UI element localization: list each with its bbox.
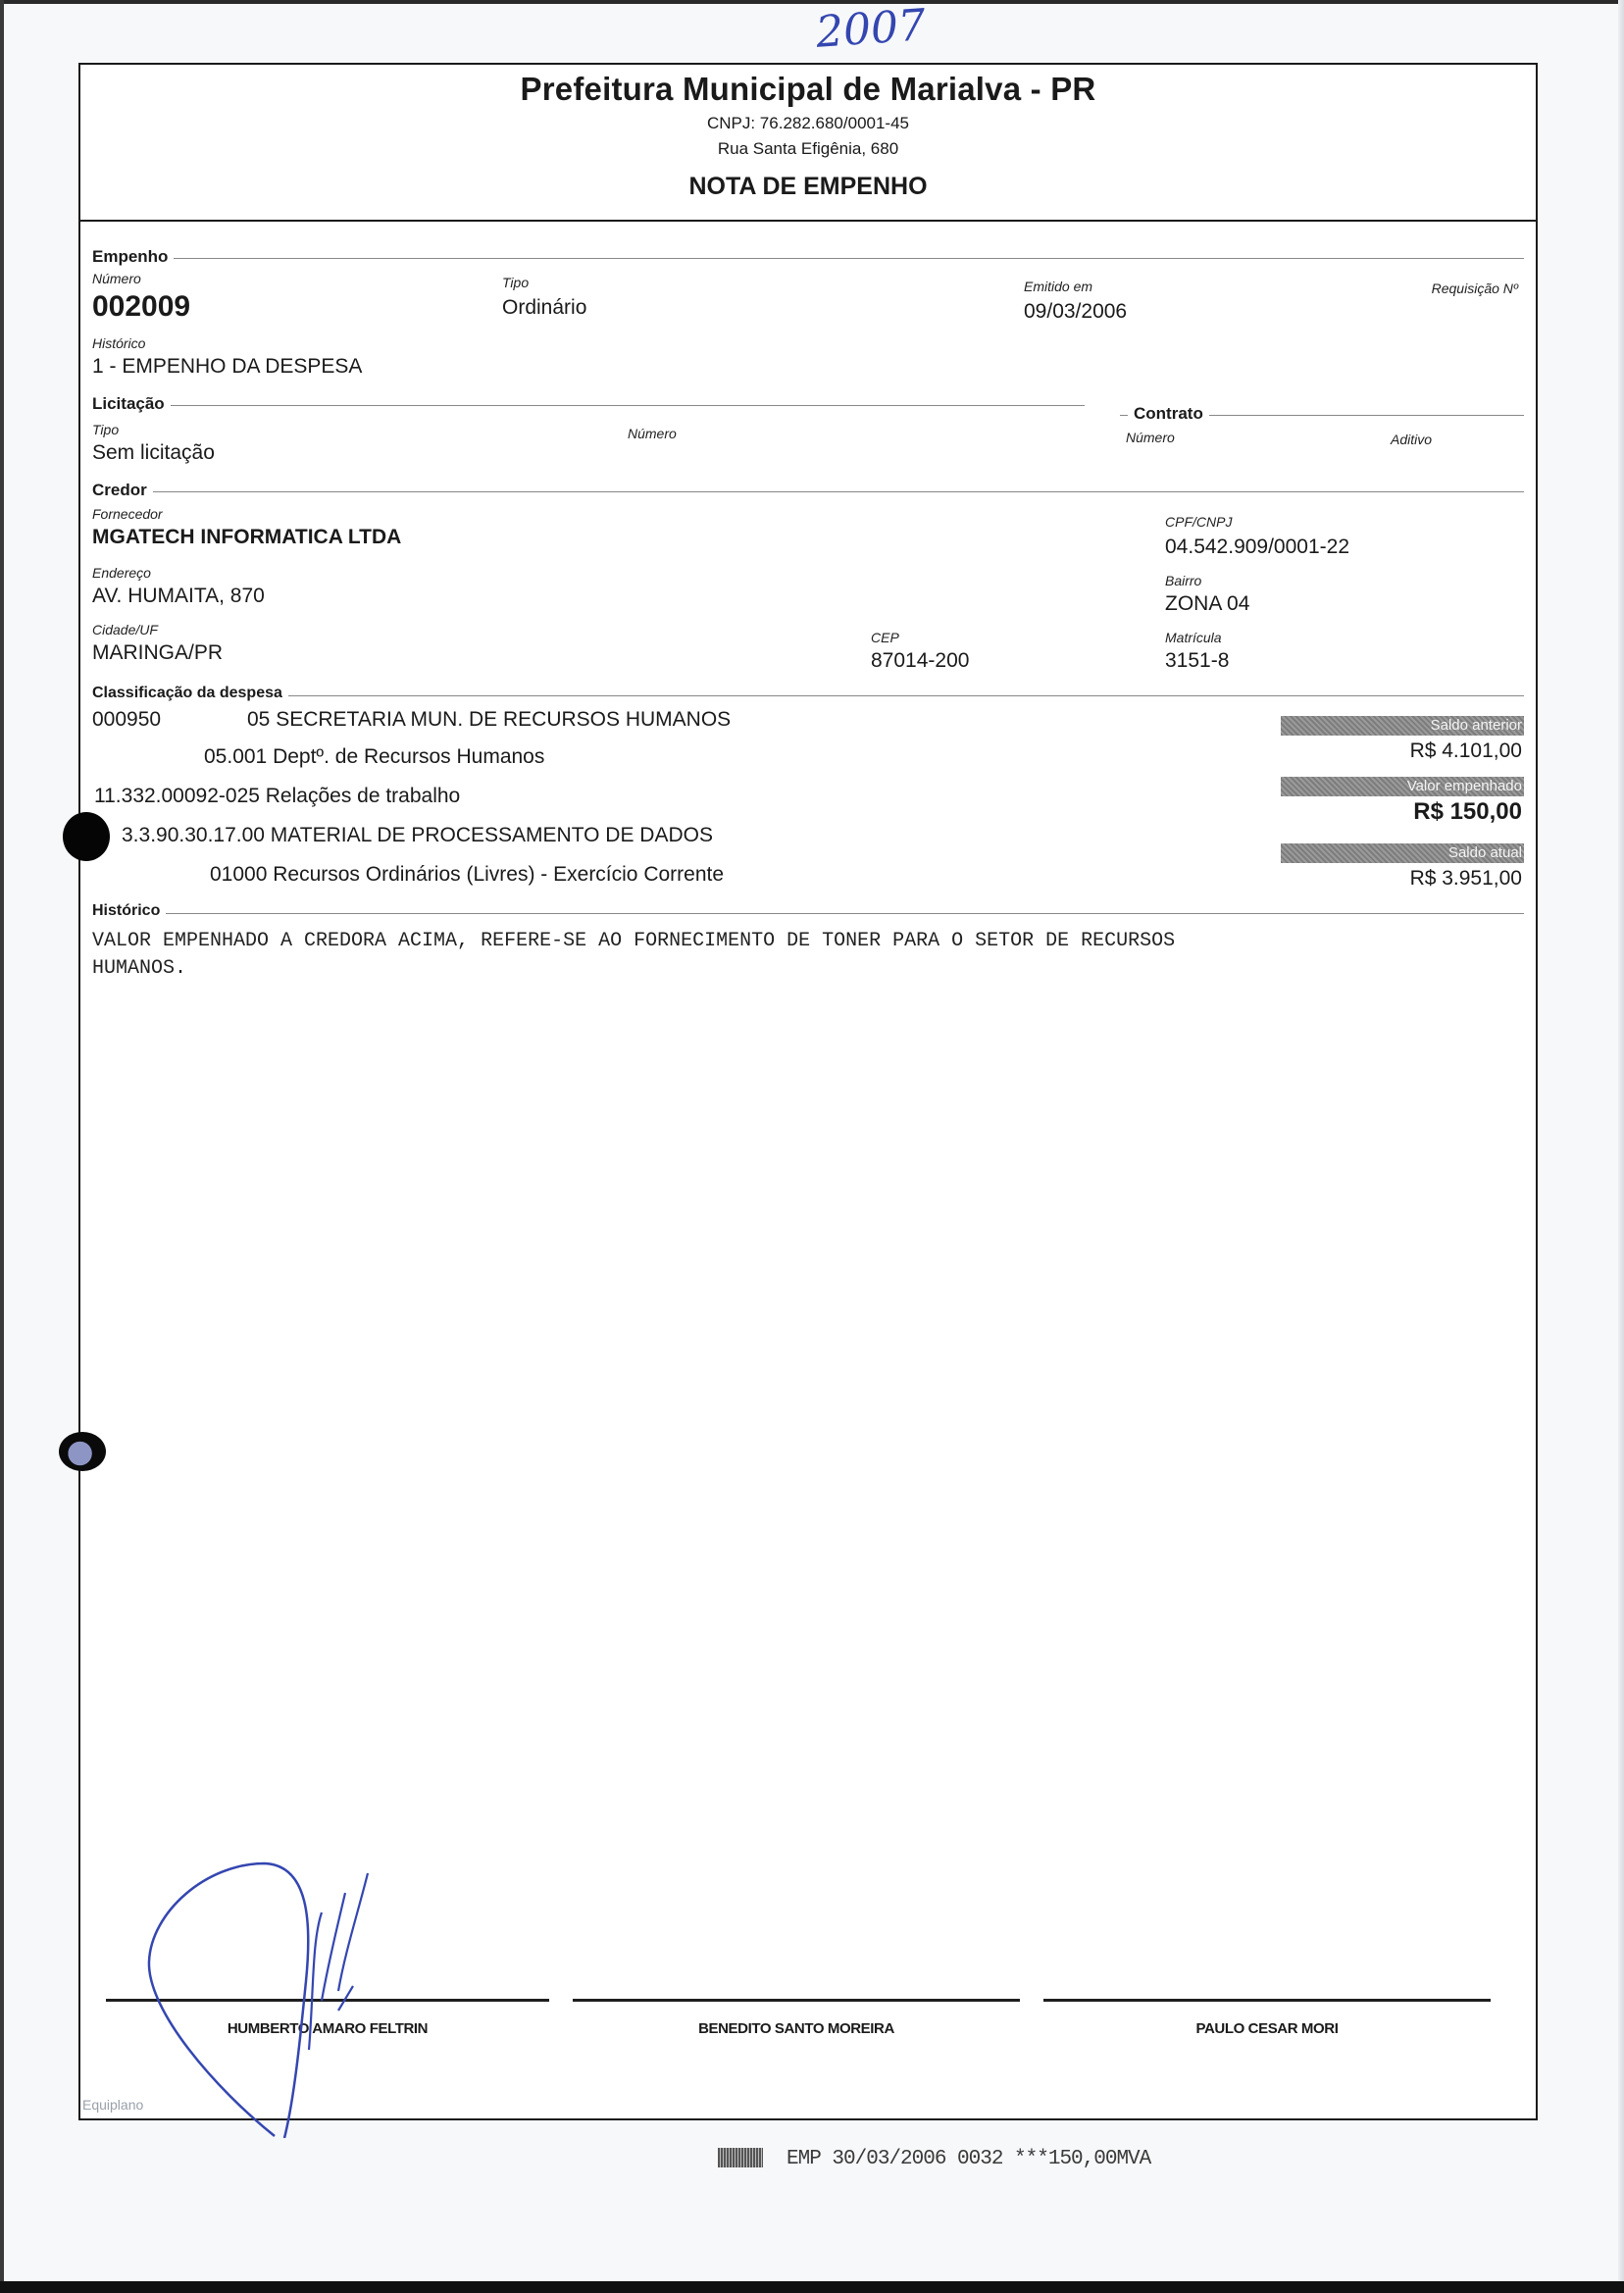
hole-punch-upper	[63, 812, 110, 861]
valor-empenhado-value: R$ 150,00	[1413, 798, 1522, 826]
label-fornecedor: Fornecedor	[92, 506, 163, 522]
section-label-historico: Histórico	[92, 902, 166, 920]
municipality-title: Prefeitura Municipal de Marialva - PR	[80, 71, 1536, 108]
header-divider	[80, 220, 1536, 222]
label-contrato-numero: Número	[1126, 430, 1175, 445]
classificacao-code: 000950	[92, 708, 161, 732]
label-empenho-historico: Histórico	[92, 335, 145, 351]
label-licitacao-numero: Número	[628, 426, 677, 441]
classificacao-line-unidade: 05.001 Deptº. de Recursos Humanos	[204, 745, 544, 769]
section-rule	[92, 405, 1085, 406]
saldo-atual-value: R$ 3.951,00	[1410, 867, 1522, 891]
label-contrato-aditivo: Aditivo	[1391, 432, 1432, 447]
section-classificacao: Classificação da despesa	[92, 685, 1524, 706]
label-empenho-tipo: Tipo	[502, 275, 529, 290]
handwritten-year-note: 2007	[814, 0, 927, 58]
bank-authentication-stamp: EMP 30/03/2006 0032 ***150,00MVA	[718, 2148, 1150, 2170]
section-label-licitacao: Licitação	[92, 394, 171, 414]
scan-edge-left	[0, 0, 4, 2293]
section-rule	[92, 258, 1524, 259]
classificacao-line-elemento: 3.3.90.30.17.00 MATERIAL DE PROCESSAMENT…	[122, 824, 713, 847]
section-rule	[92, 913, 1524, 914]
fornecedor-bairro: ZONA 04	[1165, 592, 1249, 616]
label-requisicao: Requisição Nº	[1432, 280, 1518, 296]
label-licitacao-tipo: Tipo	[92, 422, 119, 437]
footer-brand-equiplano: Equiplano	[82, 2097, 143, 2113]
fornecedor-cpf-cnpj: 04.542.909/0001-22	[1165, 535, 1349, 559]
nota-de-empenho-form: Prefeitura Municipal de Marialva - PR CN…	[78, 63, 1538, 2120]
empenho-tipo: Ordinário	[502, 296, 586, 320]
label-cep: CEP	[871, 630, 899, 645]
municipality-cnpj: CNPJ: 76.282.680/0001-45	[80, 114, 1536, 133]
emitido-em-date: 09/03/2006	[1024, 300, 1127, 324]
hole-punch-lower	[59, 1432, 106, 1471]
signature-line-3	[1043, 1999, 1491, 2002]
label-empenho-numero: Número	[92, 271, 141, 286]
section-label-contrato: Contrato	[1128, 404, 1209, 424]
valor-empenhado-label: Valor empenhado	[1281, 777, 1524, 796]
section-rule	[92, 491, 1524, 492]
label-matricula: Matrícula	[1165, 630, 1222, 645]
fornecedor-cidade: MARINGA/PR	[92, 641, 223, 665]
saldo-anterior-value: R$ 4.101,00	[1410, 739, 1522, 763]
section-label-classificacao: Classificação da despesa	[92, 685, 288, 702]
licitacao-tipo: Sem licitação	[92, 441, 215, 465]
scan-edge-bottom	[0, 2281, 1624, 2293]
label-cpf-cnpj: CPF/CNPJ	[1165, 514, 1232, 530]
signatory-1-name: HUMBERTO AMARO FELTRIN	[106, 2020, 549, 2037]
fornecedor-matricula: 3151-8	[1165, 649, 1229, 673]
fornecedor-endereco: AV. HUMAITA, 870	[92, 585, 265, 608]
section-credor: Credor	[92, 481, 1524, 502]
classificacao-line-recurso: 01000 Recursos Ordinários (Livres) - Exe…	[210, 863, 724, 887]
empenho-numero: 002009	[92, 290, 190, 324]
signature-line-2	[573, 1999, 1020, 2002]
signature-line-1	[106, 1999, 549, 2002]
saldo-anterior-label: Saldo anterior	[1281, 716, 1524, 736]
section-label-credor: Credor	[92, 481, 153, 500]
classificacao-line-funcional: 11.332.00092-025 Relações de trabalho	[94, 785, 460, 808]
municipality-address: Rua Santa Efigênia, 680	[80, 139, 1536, 159]
scan-edge-top	[0, 0, 1624, 4]
label-cidade-uf: Cidade/UF	[92, 622, 158, 637]
signatory-2-name: BENEDITO SANTO MOREIRA	[573, 2020, 1020, 2037]
section-rule	[92, 695, 1524, 696]
empenho-historico: 1 - EMPENHO DA DESPESA	[92, 355, 362, 379]
section-empenho: Empenho	[92, 247, 1524, 269]
signatory-3-name: PAULO CESAR MORI	[1043, 2020, 1491, 2037]
label-endereco: Endereço	[92, 565, 151, 581]
section-historico: Histórico	[92, 902, 1524, 924]
section-label-empenho: Empenho	[92, 247, 174, 267]
classificacao-line-orgao: 05 SECRETARIA MUN. DE RECURSOS HUMANOS	[247, 708, 731, 732]
stamp-text: EMP 30/03/2006 0032 ***150,00MVA	[787, 2148, 1150, 2170]
document-type-title: NOTA DE EMPENHO	[80, 173, 1536, 201]
label-emitido-em: Emitido em	[1024, 279, 1092, 294]
stamp-logo-icon	[718, 2148, 763, 2167]
fornecedor-cep: 87014-200	[871, 649, 969, 673]
fornecedor-name: MGATECH INFORMATICA LTDA	[92, 526, 401, 549]
scan-edge-right	[1618, 0, 1624, 2293]
section-contrato: Contrato	[1120, 404, 1524, 426]
saldo-atual-label: Saldo atual	[1281, 843, 1524, 863]
section-licitacao: Licitação	[92, 394, 1085, 416]
historico-text: VALOR EMPENHADO A CREDORA ACIMA, REFERE-…	[92, 928, 1477, 983]
label-bairro: Bairro	[1165, 573, 1201, 588]
